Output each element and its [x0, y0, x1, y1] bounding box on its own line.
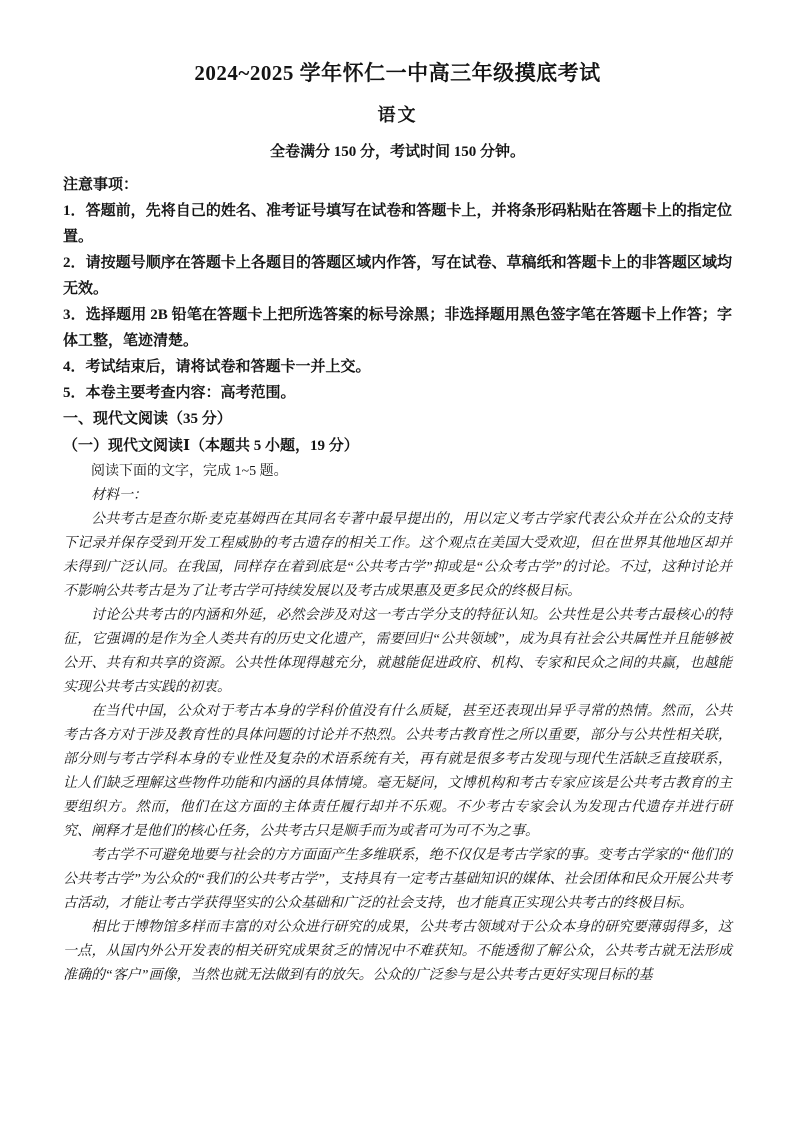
- exam-title: 2024~2025 学年怀仁一中高三年级摸底考试: [63, 58, 732, 88]
- material-paragraph-2: 讨论公共考古的内涵和外延，必然会涉及对这一考古学分支的特征认知。公共性是公共考古…: [63, 604, 732, 700]
- section-heading: 一、现代文阅读（35 分）: [63, 406, 732, 433]
- material-paragraph-1: 公共考古是查尔斯·麦克基姆西在其同名专著中最早提出的，用以定义考古学家代表公众并…: [63, 508, 732, 604]
- notice-heading: 注意事项：: [63, 172, 732, 198]
- notice-item-4: 4．考试结束后，请将试卷和答题卡一并上交。: [63, 354, 732, 380]
- section-modern-text-reading: 一、现代文阅读（35 分） （一）现代文阅读Ⅰ（本题共 5 小题，19 分） 阅…: [63, 406, 732, 988]
- material-one-label: 材料一：: [63, 484, 732, 508]
- notice-item-2: 2．请按题号顺序在答题卡上各题目的答题区域内作答，写在试卷、草稿纸和答题卡上的非…: [63, 250, 732, 302]
- material-paragraph-5: 相比于博物馆多样而丰富的对公众进行研究的成果，公共考古领域对于公众本身的研究要薄…: [63, 916, 732, 988]
- material-paragraph-3: 在当代中国，公众对于考古本身的学科价值没有什么质疑，甚至还表现出异乎寻常的热情。…: [63, 700, 732, 844]
- reading-instruction: 阅读下面的文字，完成 1~5 题。: [63, 460, 732, 484]
- material-paragraph-4: 考古学不可避免地要与社会的方方面面产生多维联系，绝不仅仅是考古学家的事。变考古学…: [63, 844, 732, 916]
- notice-section: 注意事项： 1．答题前，先将自己的姓名、准考证号填写在试卷和答题卡上，并将条形码…: [63, 172, 732, 406]
- exam-paper-page: 2024~2025 学年怀仁一中高三年级摸底考试 语文 全卷满分 150 分，考…: [0, 0, 794, 1123]
- notice-item-3: 3．选择题用 2B 铅笔在答题卡上把所选答案的标号涂黑；非选择题用黑色签字笔在答…: [63, 302, 732, 354]
- exam-subject: 语文: [63, 102, 732, 128]
- subsection-heading: （一）现代文阅读Ⅰ（本题共 5 小题，19 分）: [63, 433, 732, 460]
- notice-item-1: 1．答题前，先将自己的姓名、准考证号填写在试卷和答题卡上，并将条形码粘贴在答题卡…: [63, 198, 732, 250]
- notice-item-5: 5．本卷主要考查内容：高考范围。: [63, 380, 732, 406]
- exam-score-time-info: 全卷满分 150 分，考试时间 150 分钟。: [63, 141, 732, 163]
